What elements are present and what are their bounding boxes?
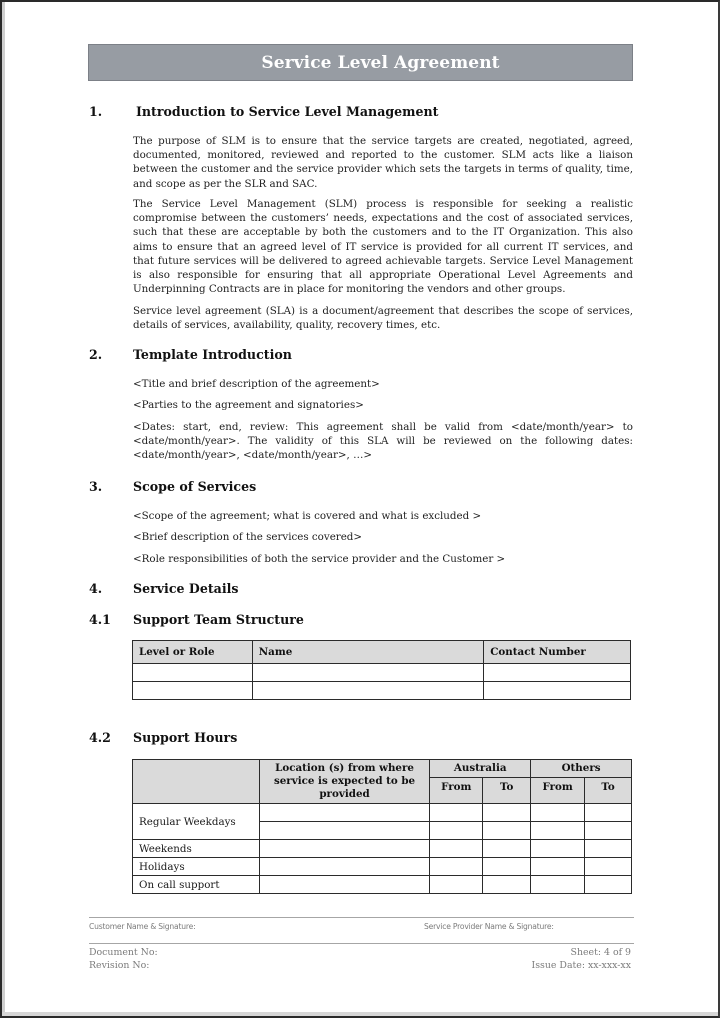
column-header-level-or-role: Level or Role [133,641,253,664]
table-row: Weekends [133,840,632,858]
table-header-row: Level or Role Name Contact Number [133,641,631,664]
column-header-others-to: To [585,778,632,804]
table-cell[interactable] [259,858,430,876]
row-label-on-call-support: On call support [133,876,260,894]
table-cell[interactable] [430,876,483,894]
table-cell[interactable] [430,858,483,876]
table-cell[interactable] [531,840,585,858]
table-cell[interactable] [483,822,531,840]
table-row [133,682,631,700]
table-cell[interactable] [483,876,531,894]
column-header-name: Name [252,641,483,664]
document-title: Service Level Agreement [221,53,499,73]
scope-item-1: <Scope of the agreement; what is covered… [133,510,481,522]
table-cell[interactable] [531,876,585,894]
column-header-australia-from: From [430,778,483,804]
column-header-australia-to: To [483,778,531,804]
row-label-holidays: Holidays [133,858,260,876]
table-cell[interactable] [133,664,253,682]
table-cell[interactable] [259,840,430,858]
table-cell[interactable] [484,682,631,700]
support-team-table: Level or Role Name Contact Number [132,640,631,700]
table-cell[interactable] [585,840,632,858]
column-group-australia: Australia [430,760,531,778]
table-cell[interactable] [259,876,430,894]
table-cell[interactable] [430,840,483,858]
template-item-dates: <Dates: start, end, review: This agreeme… [133,420,633,463]
footer-divider-bottom [89,943,634,944]
document-title-banner: Service Level Agreement [88,44,633,81]
table-header-row: Location (s) from where service is expec… [133,760,632,778]
section-1-paragraph-2: The Service Level Management (SLM) proce… [133,197,633,296]
table-row: Regular Weekdays [133,804,632,822]
support-hours-table: Location (s) from where service is expec… [132,759,632,894]
table-cell[interactable] [483,840,531,858]
customer-signature-label: Customer Name & Signature: [89,922,195,931]
table-cell[interactable] [585,804,632,822]
table-cell[interactable] [531,804,585,822]
table-cell[interactable] [259,804,430,822]
table-cell[interactable] [484,664,631,682]
table-row: On call support [133,876,632,894]
provider-signature-label: Service Provider Name & Signature: [424,922,554,931]
row-label-regular-weekdays: Regular Weekdays [133,804,260,840]
table-cell[interactable] [430,822,483,840]
revision-number-label: Revision No: [89,960,149,971]
column-header-others-from: From [531,778,585,804]
sheet-number: Sheet: 4 of 9 [571,947,631,958]
table-cell[interactable] [531,858,585,876]
template-item-parties: <Parties to the agreement and signatorie… [133,399,364,411]
template-item-title: <Title and brief description of the agre… [133,378,380,390]
table-cell[interactable] [531,822,585,840]
table-cell[interactable] [585,822,632,840]
blank-header-cell [133,760,260,804]
table-cell[interactable] [483,858,531,876]
table-cell[interactable] [259,822,430,840]
issue-date: Issue Date: xx-xxx-xx [532,960,631,971]
table-row [133,664,631,682]
table-cell[interactable] [483,804,531,822]
table-cell[interactable] [585,858,632,876]
row-label-weekends: Weekends [133,840,260,858]
scope-item-2: <Brief description of the services cover… [133,531,362,543]
scope-item-3: <Role responsibilities of both the servi… [133,553,505,565]
table-row: Holidays [133,858,632,876]
table-cell[interactable] [252,664,483,682]
column-header-contact-number: Contact Number [484,641,631,664]
table-cell[interactable] [430,804,483,822]
section-1-paragraph-3: Service level agreement (SLA) is a docum… [133,304,633,332]
column-group-others: Others [531,760,632,778]
table-cell[interactable] [133,682,253,700]
table-cell[interactable] [252,682,483,700]
section-1-paragraph-1: The purpose of SLM is to ensure that the… [133,134,633,191]
footer-divider-top [89,917,634,918]
document-number-label: Document No: [89,947,158,958]
table-cell[interactable] [585,876,632,894]
column-header-location: Location (s) from where service is expec… [259,760,430,804]
